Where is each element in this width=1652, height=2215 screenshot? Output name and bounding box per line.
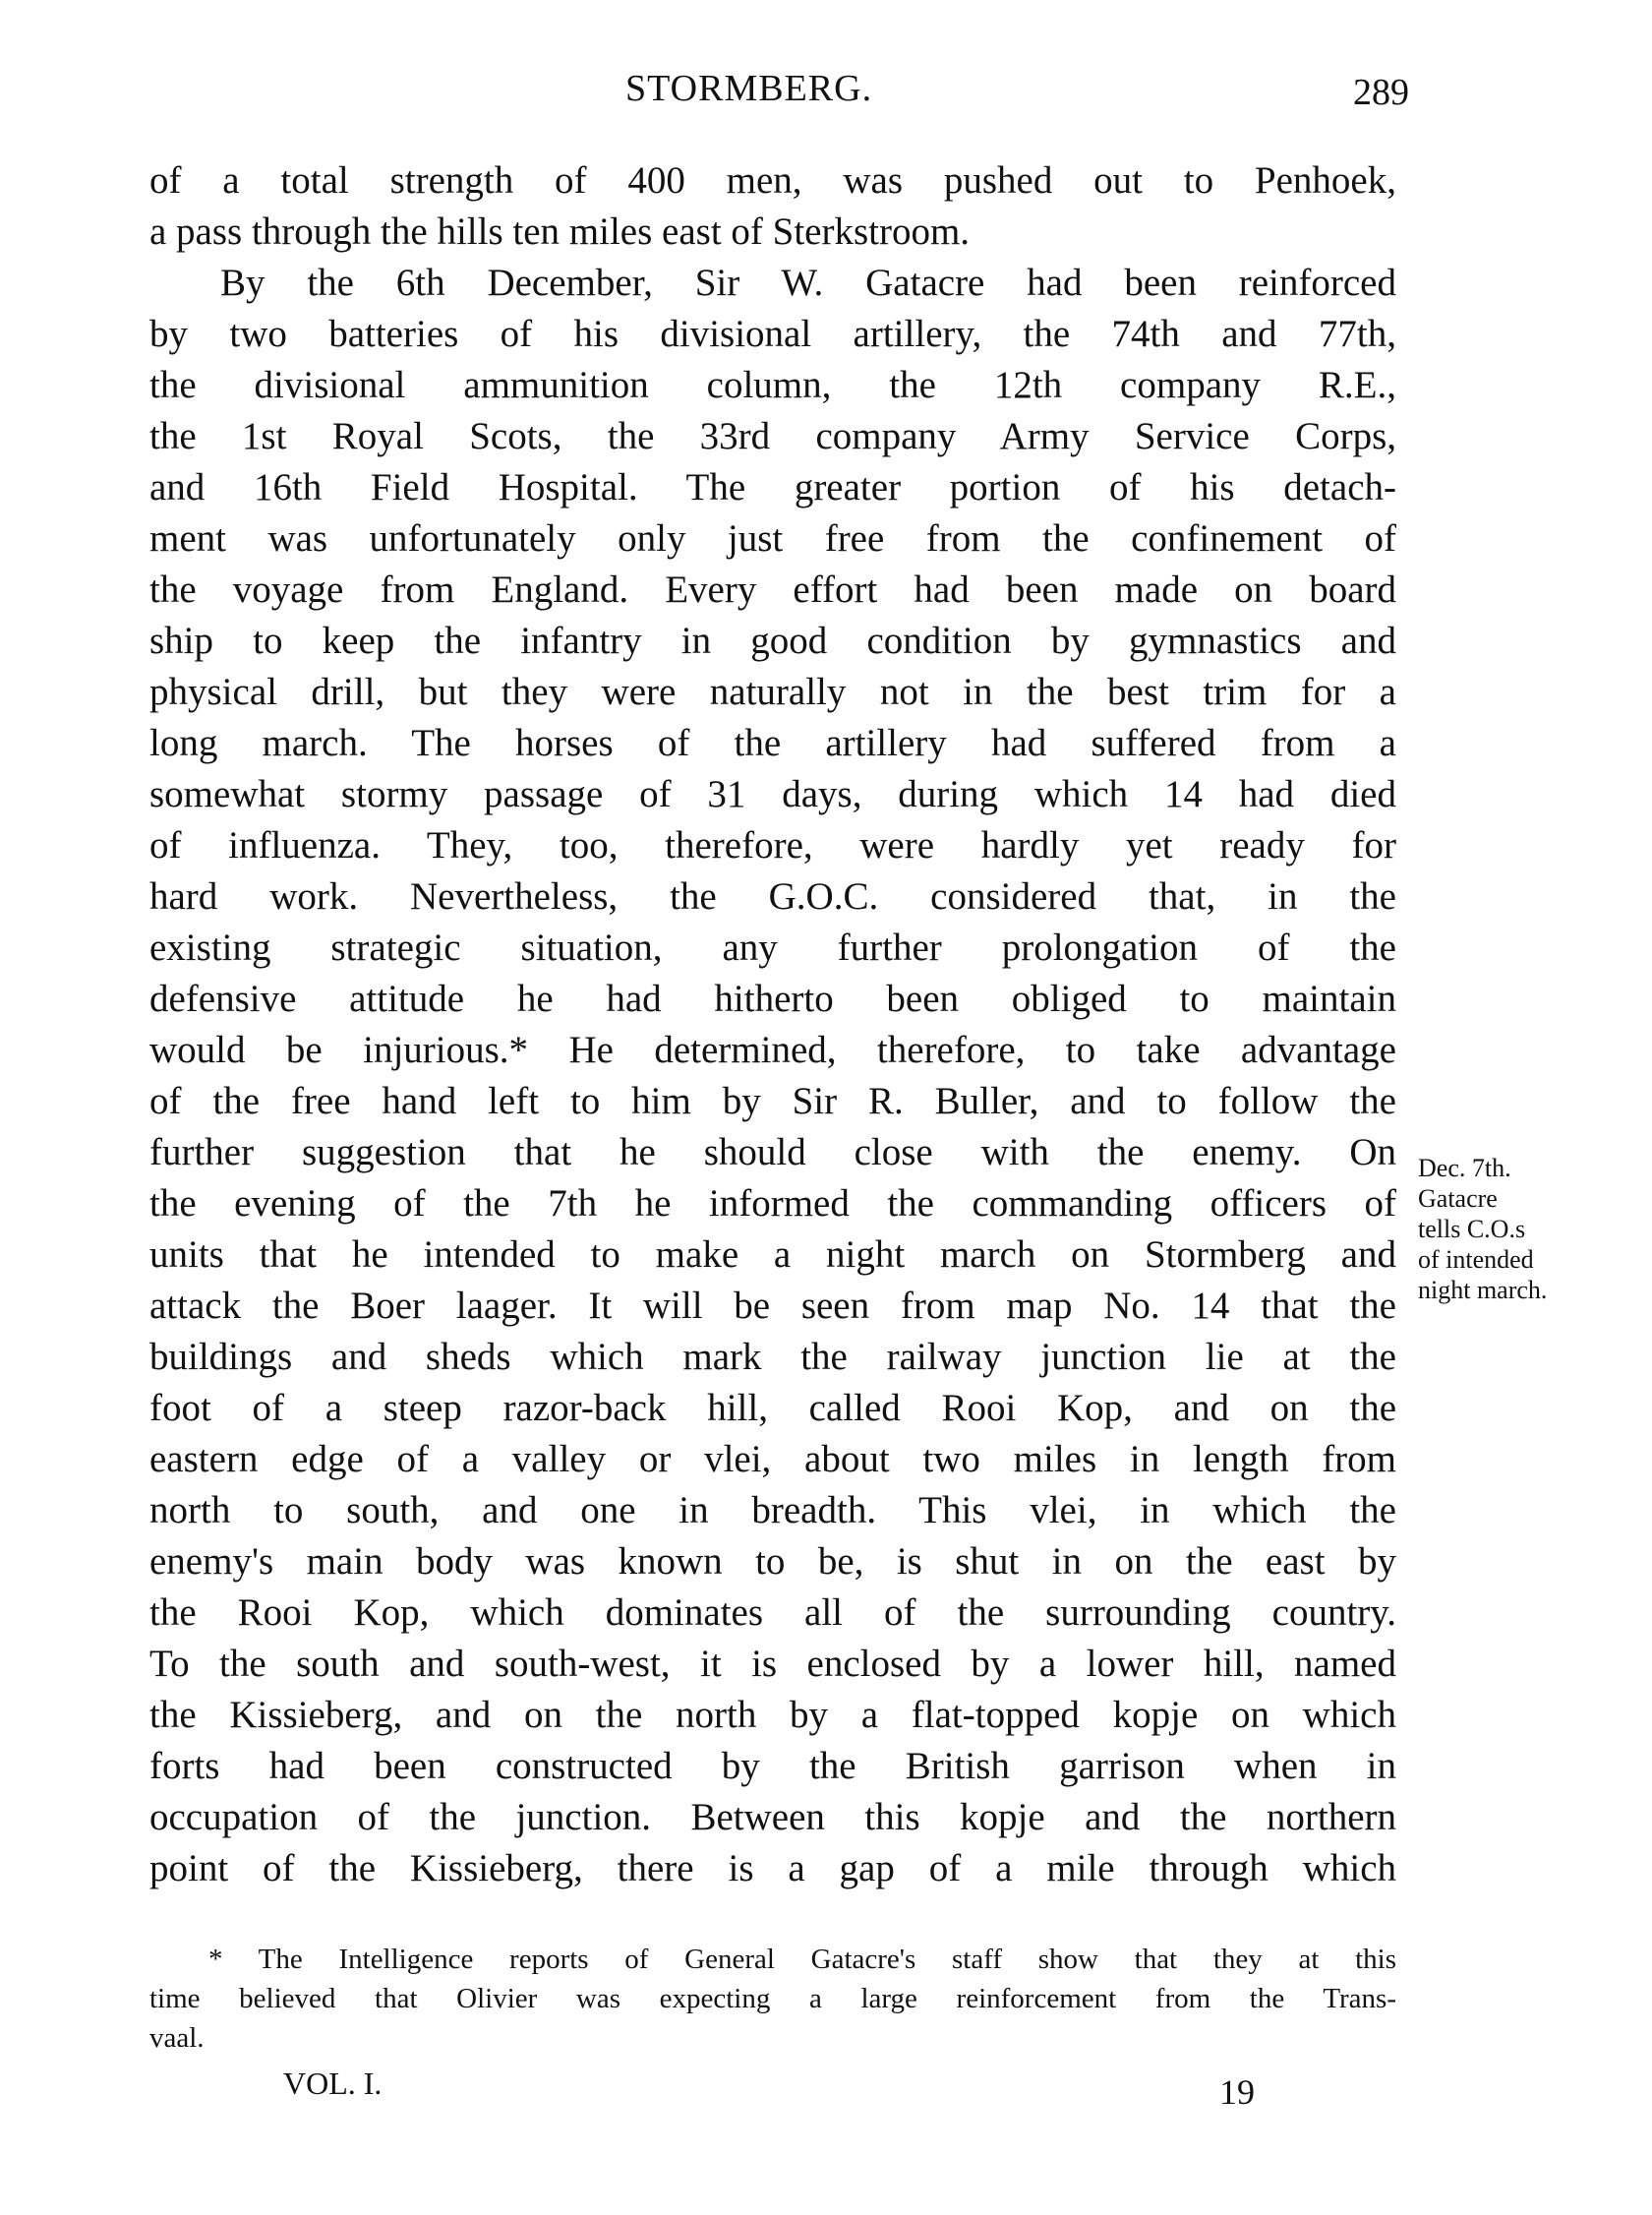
sheet-number: 19 bbox=[1219, 2071, 1255, 2113]
text-line: a pass through the hills ten miles east … bbox=[149, 207, 1396, 258]
text-line: north to south, and one in breadth. This… bbox=[149, 1485, 1396, 1536]
text-line: the Rooi Kop, which dominates all of the… bbox=[149, 1587, 1396, 1639]
margin-note-line: of intended bbox=[1418, 1244, 1644, 1275]
text-line: By the 6th December, Sir W. Gatacre had … bbox=[149, 258, 1396, 309]
body-text: of a total strength of 400 men, was push… bbox=[149, 155, 1396, 1894]
text-line: further suggestion that he should close … bbox=[149, 1127, 1396, 1178]
margin-note-line: Gatacre bbox=[1418, 1183, 1644, 1214]
footnote-line: vaal. bbox=[149, 2018, 1396, 2058]
text-line: the voyage from England. Every effort ha… bbox=[149, 565, 1396, 616]
margin-note-line: night march. bbox=[1418, 1275, 1644, 1305]
text-line: ment was unfortunately only just free fr… bbox=[149, 513, 1396, 565]
text-line: foot of a steep razor-back hill, called … bbox=[149, 1383, 1396, 1434]
text-line: long march. The horses of the artillery … bbox=[149, 718, 1396, 769]
text-line: of a total strength of 400 men, was push… bbox=[149, 155, 1396, 207]
margin-note: Dec. 7th. Gatacre tells C.O.s of intende… bbox=[1418, 1153, 1644, 1305]
text-line: of the free hand left to him by Sir R. B… bbox=[149, 1076, 1396, 1127]
page-number: 289 bbox=[1353, 71, 1409, 114]
text-line: the Kissieberg, and on the north by a fl… bbox=[149, 1690, 1396, 1741]
text-line: existing strategic situation, any furthe… bbox=[149, 923, 1396, 974]
text-line: would be injurious.* He determined, ther… bbox=[149, 1025, 1396, 1076]
text-line: and 16th Field Hospital. The greater por… bbox=[149, 462, 1396, 513]
text-line: defensive attitude he had hitherto been … bbox=[149, 974, 1396, 1025]
text-line: somewhat stormy passage of 31 days, duri… bbox=[149, 769, 1396, 820]
footnote-line: * The Intelligence reports of General Ga… bbox=[149, 1940, 1396, 1979]
text-line: of influenza. They, too, therefore, were… bbox=[149, 820, 1396, 871]
text-line: eastern edge of a valley or vlei, about … bbox=[149, 1434, 1396, 1485]
text-line: occupation of the junction. Between this… bbox=[149, 1792, 1396, 1843]
text-line: hard work. Nevertheless, the G.O.C. cons… bbox=[149, 871, 1396, 923]
text-line: by two batteries of his divisional artil… bbox=[149, 309, 1396, 360]
text-line: point of the Kissieberg, there is a gap … bbox=[149, 1843, 1396, 1894]
text-line: units that he intended to make a night m… bbox=[149, 1229, 1396, 1281]
footnote-line: time believed that Olivier was expecting… bbox=[149, 1979, 1396, 2018]
text-line: attack the Boer laager. It will be seen … bbox=[149, 1281, 1396, 1332]
text-line: physical drill, but they were naturally … bbox=[149, 667, 1396, 718]
text-line: the 1st Royal Scots, the 33rd company Ar… bbox=[149, 411, 1396, 462]
margin-note-line: Dec. 7th. bbox=[1418, 1153, 1644, 1183]
volume-signature: VOL. I. bbox=[283, 2065, 382, 2102]
text-line: ship to keep the infantry in good condit… bbox=[149, 616, 1396, 667]
text-line: enemy's main body was known to be, is sh… bbox=[149, 1536, 1396, 1587]
text-line: the evening of the 7th he informed the c… bbox=[149, 1178, 1396, 1229]
text-line: buildings and sheds which mark the railw… bbox=[149, 1332, 1396, 1383]
footnote: * The Intelligence reports of General Ga… bbox=[149, 1940, 1396, 2058]
margin-note-line: tells C.O.s bbox=[1418, 1214, 1644, 1244]
text-line: forts had been constructed by the Britis… bbox=[149, 1741, 1396, 1792]
page-header: STORMBERG. 289 bbox=[0, 67, 1652, 126]
text-line: the divisional ammunition column, the 12… bbox=[149, 360, 1396, 411]
text-line: To the south and south-west, it is enclo… bbox=[149, 1639, 1396, 1690]
running-title: STORMBERG. bbox=[625, 67, 872, 110]
